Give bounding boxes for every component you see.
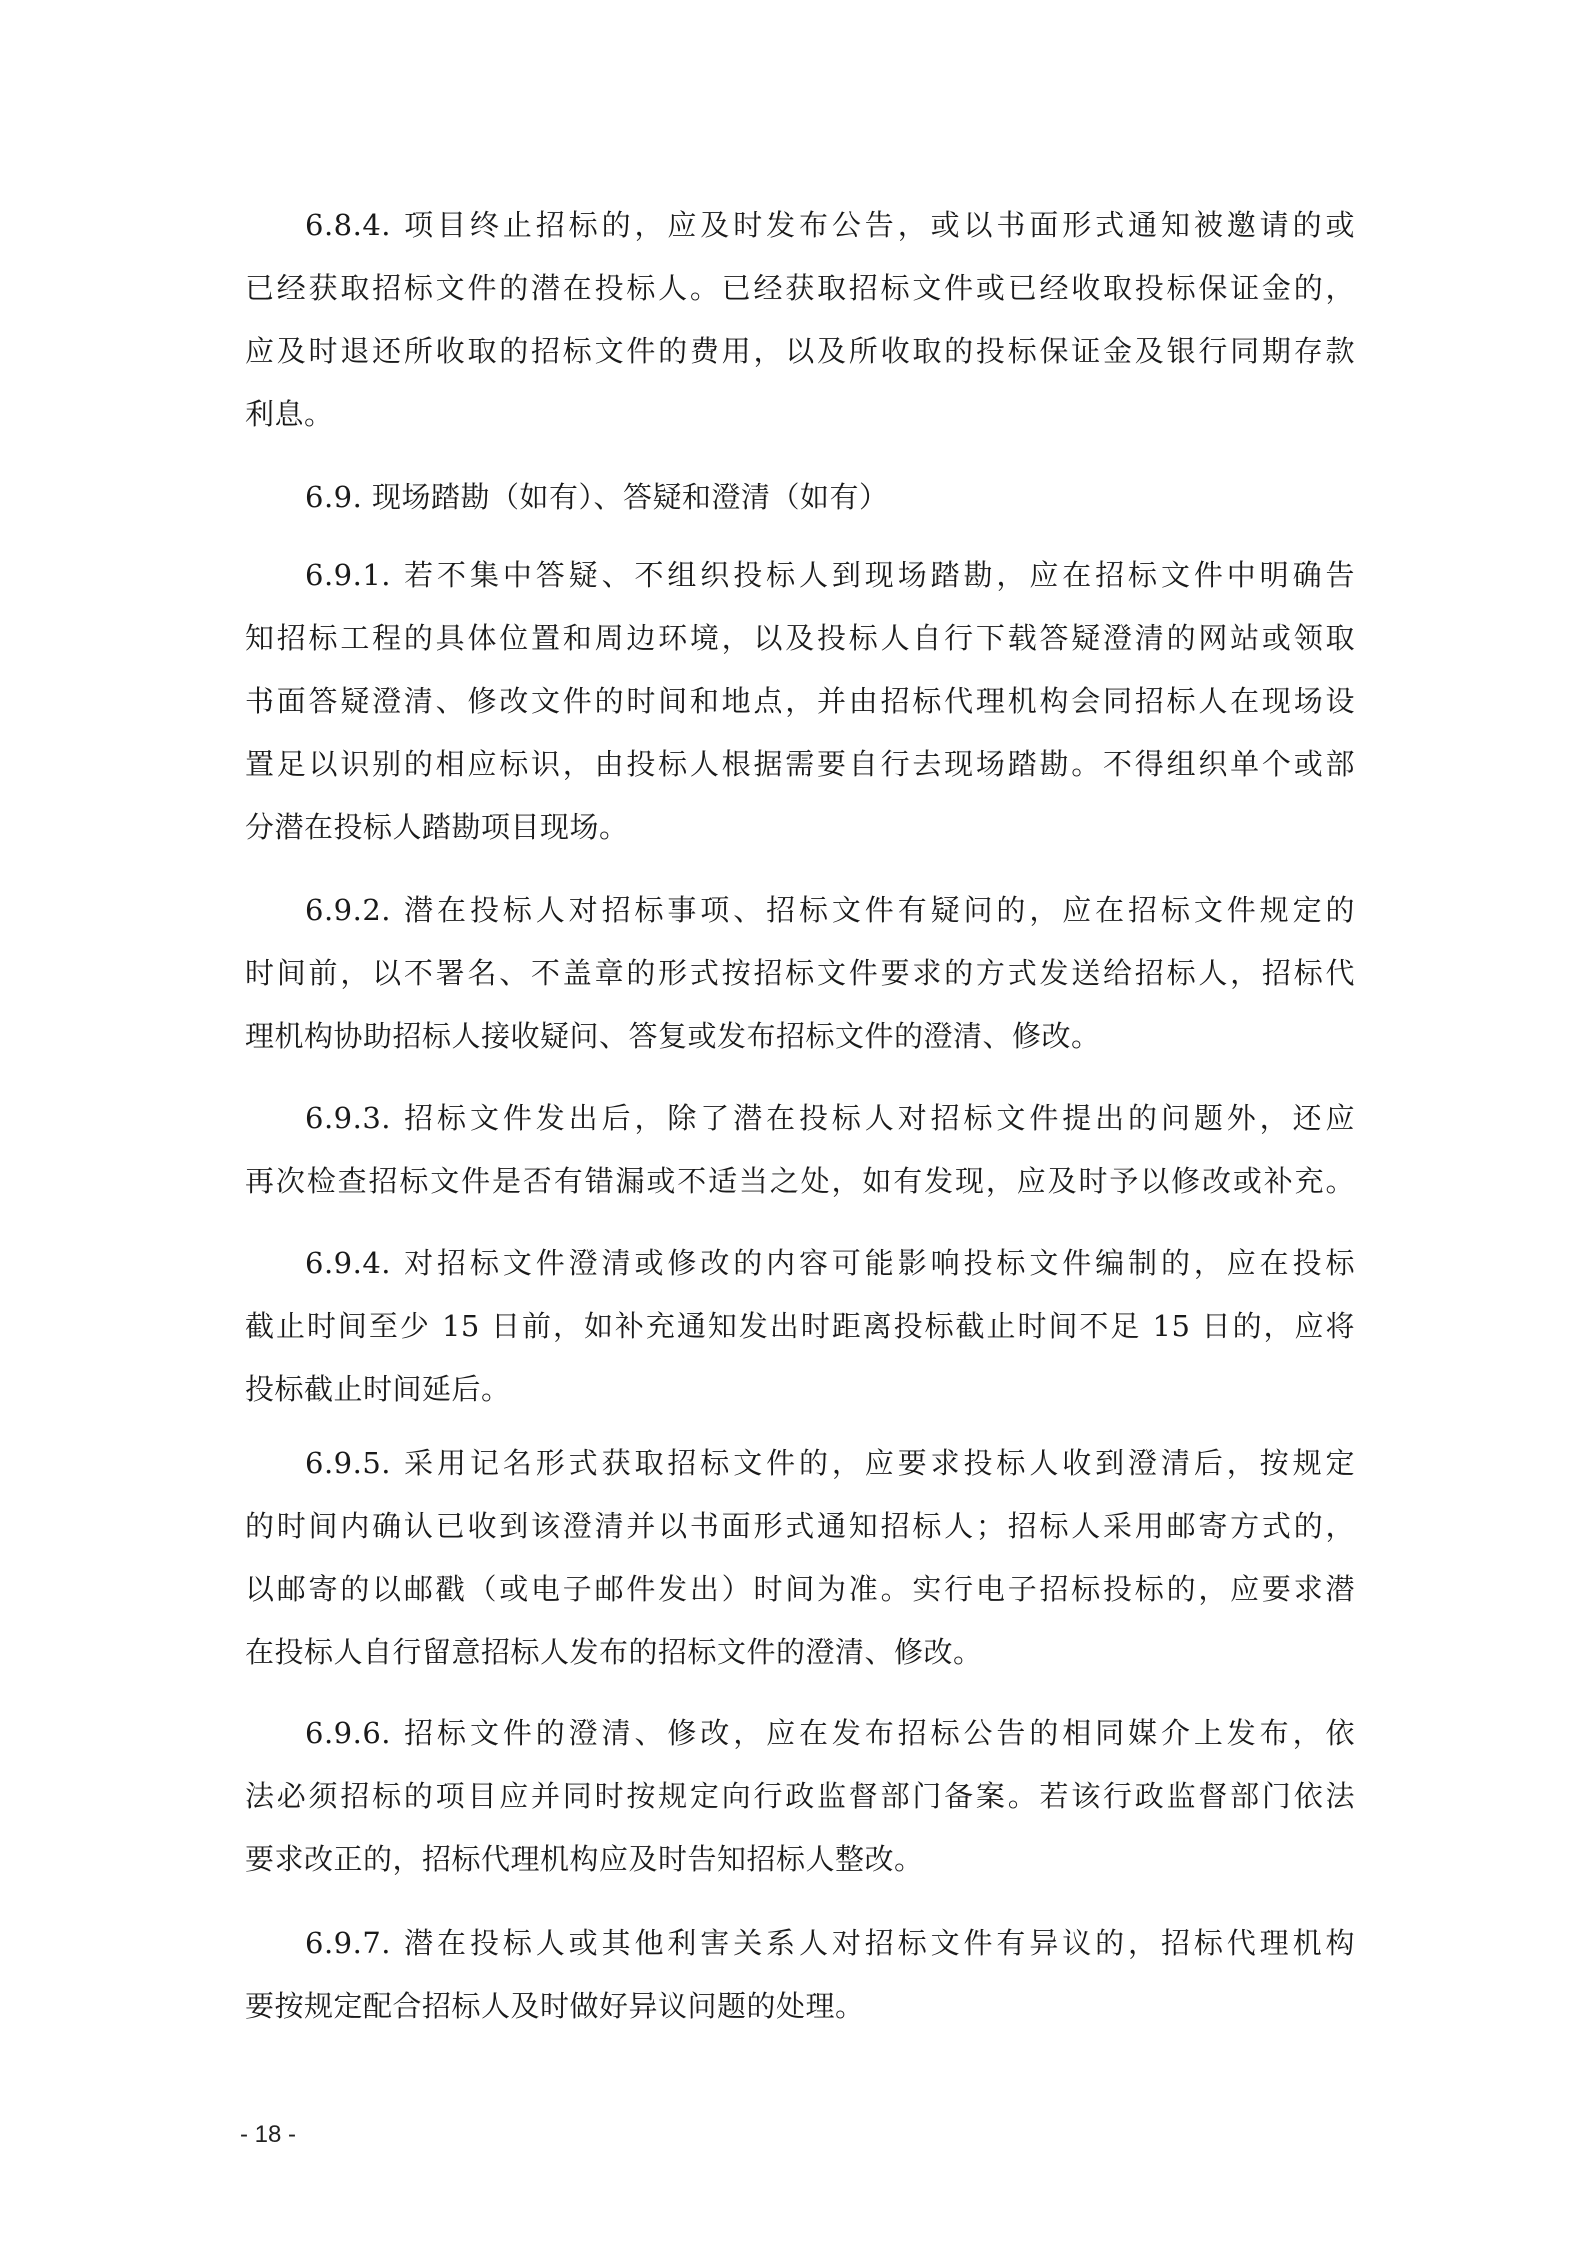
paragraph-6-9-1: 6.9.1. 若不集中答疑、不组织投标人到现场踏勘，应在招标文件中明确告 知招标… xyxy=(245,544,1355,859)
paragraph-line: 再次检查招标文件是否有错漏或不适当之处，如有发现，应及时予以修改或补充。 xyxy=(245,1150,1355,1213)
paragraph-line: 的时间内确认已收到该澄清并以书面形式通知招标人；招标人采用邮寄方式的， xyxy=(245,1495,1355,1558)
paragraph-line: 法必须招标的项目应并同时按规定向行政监督部门备案。若该行政监督部门依法 xyxy=(245,1765,1355,1828)
section-heading: 6.9. 现场踏勘（如有）、答疑和澄清（如有） xyxy=(245,466,1355,529)
paragraph-line: 要求改正的，招标代理机构应及时告知招标人整改。 xyxy=(245,1828,1355,1891)
paragraph-line: 6.9.1. 若不集中答疑、不组织投标人到现场踏勘，应在招标文件中明确告 xyxy=(245,544,1355,607)
paragraph-line: 6.9.5. 采用记名形式获取招标文件的，应要求投标人收到澄清后，按规定 xyxy=(245,1432,1355,1495)
paragraph-6-9-6: 6.9.6. 招标文件的澄清、修改，应在发布招标公告的相同媒介上发布，依 法必须… xyxy=(245,1702,1355,1891)
paragraph-line: 已经获取招标文件的潜在投标人。已经获取招标文件或已经收取投标保证金的， xyxy=(245,257,1355,320)
paragraph-line: 书面答疑澄清、修改文件的时间和地点，并由招标代理机构会同招标人在现场设 xyxy=(245,670,1355,733)
paragraph-line: 6.9.3. 招标文件发出后，除了潜在投标人对招标文件提出的问题外，还应 xyxy=(245,1087,1355,1150)
section-heading-6-9: 6.9. 现场踏勘（如有）、答疑和澄清（如有） xyxy=(245,466,1355,529)
paragraph-6-9-3: 6.9.3. 招标文件发出后，除了潜在投标人对招标文件提出的问题外，还应 再次检… xyxy=(245,1087,1355,1213)
paragraph-line: 6.9.7. 潜在投标人或其他利害关系人对招标文件有异议的，招标代理机构 xyxy=(245,1912,1355,1975)
paragraph-line: 投标截止时间延后。 xyxy=(245,1358,1355,1421)
paragraph-6-9-5: 6.9.5. 采用记名形式获取招标文件的，应要求投标人收到澄清后，按规定 的时间… xyxy=(245,1432,1355,1684)
paragraph-line: 6.9.6. 招标文件的澄清、修改，应在发布招标公告的相同媒介上发布，依 xyxy=(245,1702,1355,1765)
paragraph-line: 截止时间至少 15 日前，如补充通知发出时距离投标截止时间不足 15 日的，应将 xyxy=(245,1295,1355,1358)
paragraph-line: 知招标工程的具体位置和周边环境，以及投标人自行下载答疑澄清的网站或领取 xyxy=(245,607,1355,670)
paragraph-line: 6.9.2. 潜在投标人对招标事项、招标文件有疑问的，应在招标文件规定的 xyxy=(245,879,1355,942)
paragraph-line: 利息。 xyxy=(245,383,1355,446)
paragraph-6-9-7: 6.9.7. 潜在投标人或其他利害关系人对招标文件有异议的，招标代理机构 要按规… xyxy=(245,1912,1355,2038)
paragraph-line: 时间前，以不署名、不盖章的形式按招标文件要求的方式发送给招标人，招标代 xyxy=(245,942,1355,1005)
paragraph-6-9-4: 6.9.4. 对招标文件澄清或修改的内容可能影响投标文件编制的，应在投标 截止时… xyxy=(245,1232,1355,1421)
paragraph-6-9-2: 6.9.2. 潜在投标人对招标事项、招标文件有疑问的，应在招标文件规定的 时间前… xyxy=(245,879,1355,1068)
document-page: 6.8.4. 项目终止招标的，应及时发布公告，或以书面形式通知被邀请的或 已经获… xyxy=(0,0,1587,2245)
paragraph-6-8-4: 6.8.4. 项目终止招标的，应及时发布公告，或以书面形式通知被邀请的或 已经获… xyxy=(245,194,1355,446)
paragraph-line: 6.9.4. 对招标文件澄清或修改的内容可能影响投标文件编制的，应在投标 xyxy=(245,1232,1355,1295)
paragraph-line: 置足以识别的相应标识，由投标人根据需要自行去现场踏勘。不得组织单个或部 xyxy=(245,733,1355,796)
paragraph-line: 理机构协助招标人接收疑问、答复或发布招标文件的澄清、修改。 xyxy=(245,1005,1355,1068)
paragraph-line: 在投标人自行留意招标人发布的招标文件的澄清、修改。 xyxy=(245,1621,1355,1684)
paragraph-line: 要按规定配合招标人及时做好异议问题的处理。 xyxy=(245,1975,1355,2038)
paragraph-line: 6.8.4. 项目终止招标的，应及时发布公告，或以书面形式通知被邀请的或 xyxy=(245,194,1355,257)
paragraph-line: 以邮寄的以邮戳（或电子邮件发出）时间为准。实行电子招标投标的，应要求潜 xyxy=(245,1558,1355,1621)
paragraph-line: 分潜在投标人踏勘项目现场。 xyxy=(245,796,1355,859)
page-number: - 18 - xyxy=(240,2118,296,2152)
paragraph-line: 应及时退还所收取的招标文件的费用，以及所收取的投标保证金及银行同期存款 xyxy=(245,320,1355,383)
